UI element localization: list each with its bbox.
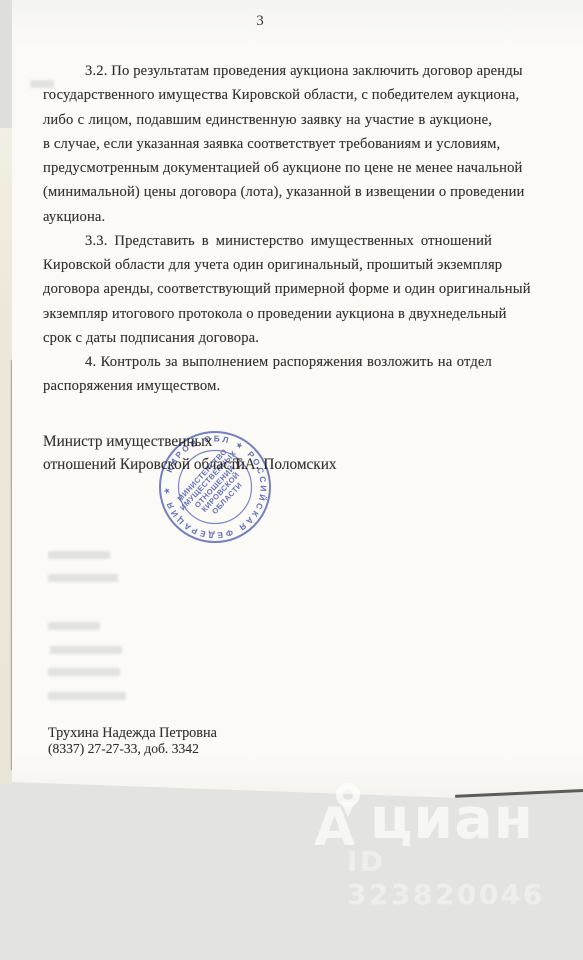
- text-line: в случае, если указанная заявка соответс…: [43, 132, 492, 156]
- paragraph-3-3: 3.3. Представить в министерство имуществ…: [43, 229, 492, 350]
- listing-id-text: ID 323820046: [347, 845, 583, 911]
- ghost-text-mark: [48, 622, 100, 630]
- text-line: срок с даты подписания договора.: [43, 326, 492, 350]
- cian-logo-letter: А: [314, 797, 355, 858]
- ghost-text-mark: [30, 80, 54, 88]
- cian-watermark: А циан ID 323820046: [296, 780, 583, 905]
- document-body: 3.2. По результатам проведения аукциона …: [43, 59, 492, 399]
- contact-phone: (8337) 27-27-33, доб. 3342: [48, 741, 217, 757]
- text-line: аукциона.: [43, 205, 492, 229]
- text-line: 3.3. Представить в министерство имуществ…: [43, 229, 492, 253]
- paragraph-3-2: 3.2. По результатам проведения аукциона …: [43, 59, 492, 229]
- text-line: Кировской области для учета один оригина…: [43, 253, 492, 277]
- scan-background-strip: [0, 0, 12, 128]
- text-line: 3.2. По результатам проведения аукциона …: [43, 59, 492, 83]
- text-line: экземпляр итогового протокола о проведен…: [43, 302, 492, 326]
- ghost-text-mark: [48, 551, 110, 559]
- contact-person-name: Трухина Надежда Петровна: [48, 725, 217, 741]
- official-round-stamp: КИРОВ ОБЛ ★ РОССИЙСКАЯ ФЕДЕРАЦИЯ ★ МИНИС…: [155, 427, 275, 547]
- ghost-text-mark: [50, 646, 122, 654]
- text-line: (минимальной) цены договора (лота), указ…: [43, 180, 492, 204]
- text-line: 4. Контроль за выполнением распоряжения …: [43, 350, 492, 374]
- paragraph-4: 4. Контроль за выполнением распоряжения …: [43, 350, 492, 399]
- text-line: государственного имущества Кировской обл…: [43, 83, 492, 107]
- ghost-text-mark: [48, 574, 118, 582]
- text-line: договора аренды, соответствующий примерн…: [43, 277, 492, 301]
- text-line: предусмотренным документацией об аукцион…: [43, 156, 492, 180]
- text-line: либо с лицом, подавшим единственную заяв…: [43, 108, 492, 132]
- ghost-text-mark: [48, 692, 126, 700]
- paper-sheet: 3 3.2. По результатам проведения аукцион…: [12, 0, 583, 802]
- text-line: распоряжения имуществом.: [43, 374, 492, 398]
- ghost-text-mark: [48, 668, 120, 676]
- contact-block: Трухина Надежда Петровна (8337) 27-27-33…: [48, 725, 217, 757]
- page-number: 3: [250, 13, 270, 30]
- scanned-document-page: 3 3.2. По результатам проведения аукцион…: [0, 0, 583, 960]
